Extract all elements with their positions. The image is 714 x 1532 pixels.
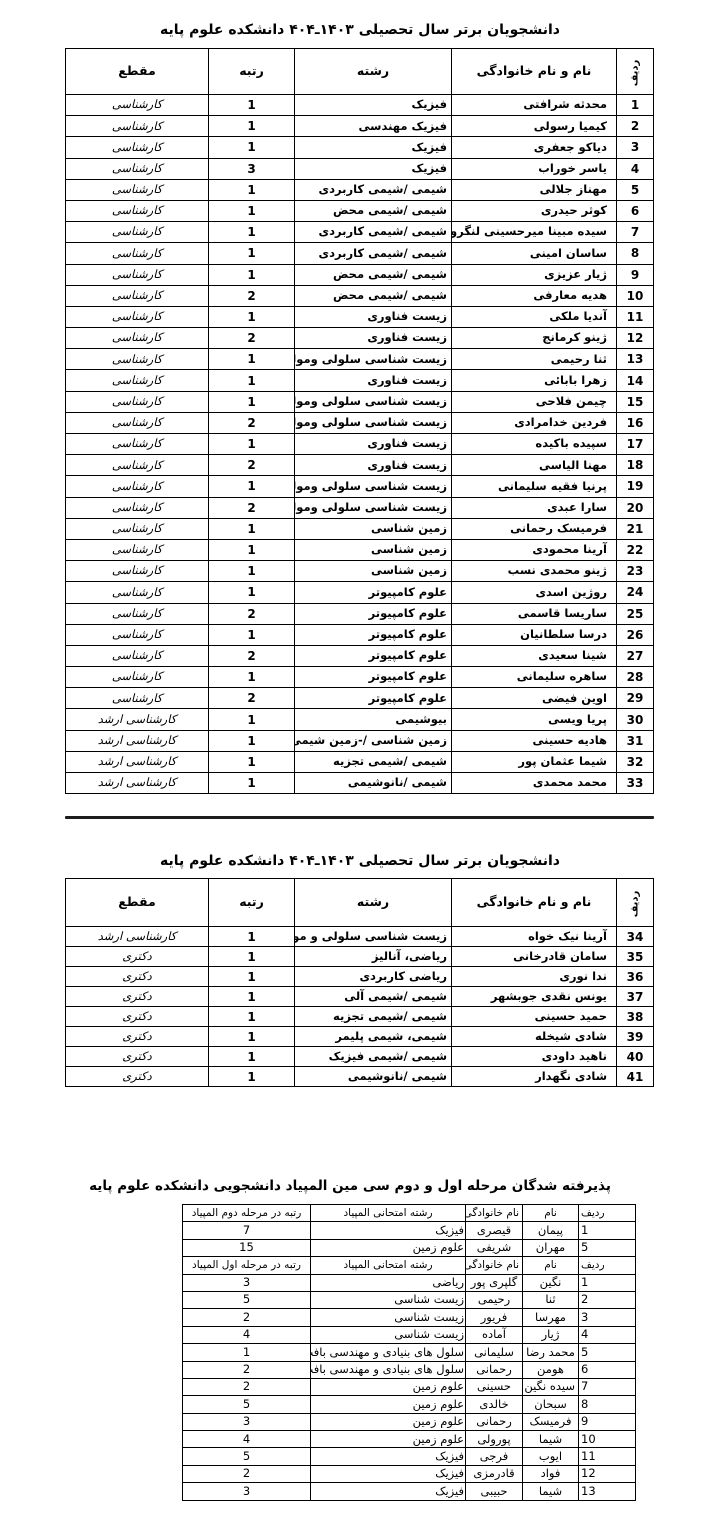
student-name-cell: پریا ویسی <box>452 709 617 730</box>
major-cell: زمین شناسی <box>295 561 452 582</box>
rank-cell: 1 <box>209 349 295 370</box>
degree-cell: کارشناسی <box>66 370 209 391</box>
rank-cell: 1 <box>209 1027 295 1047</box>
table2-header-name: نام و نام خانوادگی <box>452 879 617 927</box>
table-row: 1 نگین گلپری پور ریاضی 3 <box>183 1274 636 1291</box>
first-name-cell: مهران <box>523 1239 579 1256</box>
row-number-cell: 23 <box>617 561 654 582</box>
major-cell: زیست شناسی سلولی ومولکولی <box>295 476 452 497</box>
olympiad-header-row-number: ردیف <box>579 1205 636 1222</box>
row-number-cell: 5 <box>617 179 654 200</box>
row-number-cell: 17 <box>617 434 654 455</box>
olympiad-header-row-number: ردیف <box>579 1257 636 1274</box>
rank-cell: 2 <box>183 1309 311 1326</box>
rank-cell: 3 <box>209 158 295 179</box>
degree-cell: کارشناسی <box>66 137 209 158</box>
major-cell: زمین شناسی /-زمین شیمی <box>295 730 452 751</box>
major-cell: شیمی، شیمی پلیمر <box>295 1027 452 1047</box>
olympiad-title: پذیرفته شدگان مرحله اول و دوم سی مین الم… <box>0 1178 700 1194</box>
degree-cell: کارشناسی <box>66 539 209 560</box>
student-name-cell: شادی شیخله <box>452 1027 617 1047</box>
table-row: 5 مهران شریفی علوم زمین 15 <box>183 1239 636 1256</box>
student-name-cell: سارا عبدی <box>452 497 617 518</box>
first-name-cell: سیده نگین <box>523 1378 579 1395</box>
degree-cell: کارشناسی <box>66 328 209 349</box>
degree-cell: کارشناسی <box>66 582 209 603</box>
table-row: 11 آندیا ملکی زیست فناوری 1 کارشناسی <box>66 306 654 327</box>
row-number-cell: 22 <box>617 539 654 560</box>
major-cell: بیوشیمی <box>295 709 452 730</box>
table-row: 38 حمید حسینی شیمی /شیمی تجزیه 1 دکتری <box>66 1007 654 1027</box>
degree-cell: دکتری <box>66 1007 209 1027</box>
degree-cell: کارشناسی <box>66 518 209 539</box>
row-number-cell: 28 <box>617 667 654 688</box>
rank-cell: 1 <box>209 306 295 327</box>
table-row: 31 هادیه حسینی زمین شناسی /-زمین شیمی 1 … <box>66 730 654 751</box>
row-number-cell: 18 <box>617 455 654 476</box>
table-row: 21 فرمیسک رحمانی زمین شناسی 1 کارشناسی <box>66 518 654 539</box>
row-number-cell: 24 <box>617 582 654 603</box>
major-cell: علوم کامپیوتر <box>295 667 452 688</box>
degree-cell: کارشناسی <box>66 688 209 709</box>
major-cell: شیمی /نانوشیمی <box>295 1067 452 1087</box>
row-number-cell: 40 <box>617 1047 654 1067</box>
student-name-cell: حمید حسینی <box>452 1007 617 1027</box>
rank-cell: 2 <box>209 497 295 518</box>
degree-cell: کارشناسی <box>66 476 209 497</box>
subject-cell: فیزیک <box>311 1465 466 1482</box>
rank-cell: 3 <box>183 1413 311 1430</box>
major-cell: علوم کامپیوتر <box>295 688 452 709</box>
degree-cell: کارشناسی <box>66 243 209 264</box>
table-row: 4 یاسر خوراب فیزیک 3 کارشناسی <box>66 158 654 179</box>
major-cell: علوم کامپیوتر <box>295 624 452 645</box>
table-row: 32 شیما عثمان پور شیمی /شیمی تجزیه 1 کار… <box>66 751 654 772</box>
table-row: 6 هومن رحمانی سلول های بنیادی و مهندسی ب… <box>183 1361 636 1378</box>
subject-cell: علوم زمین <box>311 1431 466 1448</box>
major-cell: ریاضی کاربردی <box>295 967 452 987</box>
major-cell: زیست فناوری <box>295 455 452 476</box>
table2-header-row: ردیف نام و نام خانوادگی رشته رتبه مقطع <box>66 879 654 927</box>
student-name-cell: روژین اسدی <box>452 582 617 603</box>
student-name-cell: درسا سلطانیان <box>452 624 617 645</box>
section-divider <box>65 816 654 819</box>
degree-cell: دکتری <box>66 967 209 987</box>
student-name-cell: ژینو محمدی نسب <box>452 561 617 582</box>
degree-cell: کارشناسی <box>66 222 209 243</box>
last-name-cell: گلپری پور <box>466 1274 523 1291</box>
student-name-cell: ساریسا قاسمی <box>452 603 617 624</box>
table1-header-row-number: ردیف <box>617 49 654 95</box>
table-row: 6 کوثر حیدری شیمی /شیمی محض 1 کارشناسی <box>66 200 654 221</box>
table-row: 36 ندا نوری ریاضی کاربردی 1 دکتری <box>66 967 654 987</box>
subject-cell: سلول های بنیادی و مهندسی بافت <box>311 1361 466 1378</box>
table-row: 13 ثنا رحیمی زیست شناسی سلولی ومولکولی 1… <box>66 349 654 370</box>
major-cell: شیمی /شیمی محض <box>295 200 452 221</box>
student-name-cell: ساهره سلیمانی <box>452 667 617 688</box>
rank-cell: 1 <box>209 1047 295 1067</box>
degree-cell: کارشناسی <box>66 179 209 200</box>
student-name-cell: شینا سعیدی <box>452 645 617 666</box>
rank-cell: 4 <box>183 1326 311 1343</box>
row-number-cell: 35 <box>617 947 654 967</box>
degree-cell: کارشناسی <box>66 391 209 412</box>
table-row: 7 سیده مبینا میرحسینی لنگرودی شیمی /شیمی… <box>66 222 654 243</box>
degree-cell: کارشناسی <box>66 667 209 688</box>
row-number-cell: 34 <box>617 927 654 947</box>
student-name-cell: کیمیا رسولی <box>452 116 617 137</box>
rank-cell: 5 <box>183 1396 311 1413</box>
olympiad-table: ردیف نام نام خانوادگی رشته امتحانی المپی… <box>182 1204 636 1501</box>
rank-cell: 1 <box>209 116 295 137</box>
row-number-cell: 32 <box>617 751 654 772</box>
top-students-table-1: ردیف نام و نام خانوادگی رشته رتبه مقطع 1… <box>65 48 654 794</box>
student-name-cell: سامان قادرخانی <box>452 947 617 967</box>
table1-header-degree: مقطع <box>66 49 209 95</box>
major-cell: شیمی /شیمی کاربردی <box>295 243 452 264</box>
major-cell: فیزیک <box>295 95 452 116</box>
olympiad-stage1-header-row: ردیف نام نام خانوادگی رشته امتحانی المپی… <box>183 1257 636 1274</box>
degree-cell: کارشناسی <box>66 200 209 221</box>
olympiad-header-stage2-rank: رتبه در مرحله دوم المپیاد <box>183 1205 311 1222</box>
major-cell: زیست شناسی سلولی ومولکولی <box>295 391 452 412</box>
degree-cell: کارشناسی <box>66 158 209 179</box>
student-name-cell: آرینا نیک خواه <box>452 927 617 947</box>
row-number-cell: 33 <box>617 773 654 794</box>
student-name-cell: ساسان امینی <box>452 243 617 264</box>
row-number-cell: 19 <box>617 476 654 497</box>
subject-cell: علوم زمین <box>311 1378 466 1395</box>
student-name-cell: کوثر حیدری <box>452 200 617 221</box>
major-cell: شیمی /شیمی محض <box>295 264 452 285</box>
degree-cell: کارشناسی <box>66 497 209 518</box>
row-number-cell: 7 <box>579 1378 636 1395</box>
last-name-cell: سلیمانی <box>466 1344 523 1361</box>
subject-cell: ریاضی <box>311 1274 466 1291</box>
row-number-cell: 1 <box>617 95 654 116</box>
table-row: 12 فواد قادرمزی فیزیک 2 <box>183 1465 636 1482</box>
olympiad-header-stage1-rank: رتبه در مرحله اول المپیاد <box>183 1257 311 1274</box>
student-name-cell: ناهید داودی <box>452 1047 617 1067</box>
table-row: 27 شینا سعیدی علوم کامپیوتر 2 کارشناسی <box>66 645 654 666</box>
last-name-cell: رحمانی <box>466 1413 523 1430</box>
row-number-cell: 39 <box>617 1027 654 1047</box>
major-cell: فیزیک <box>295 137 452 158</box>
table-row: 9 ژیار عزیزی شیمی /شیمی محض 1 کارشناسی <box>66 264 654 285</box>
first-name-cell: شیما <box>523 1431 579 1448</box>
rank-cell: 1 <box>209 264 295 285</box>
table-row: 15 چیمن فلاحی زیست شناسی سلولی ومولکولی … <box>66 391 654 412</box>
row-number-cell: 12 <box>579 1465 636 1482</box>
student-name-cell: شادی نگهدار <box>452 1067 617 1087</box>
rank-cell: 1 <box>209 582 295 603</box>
row-number-cell: 36 <box>617 967 654 987</box>
table-row: 30 پریا ویسی بیوشیمی 1 کارشناسی ارشد <box>66 709 654 730</box>
table-row: 3 دیاکو جعفری فیزیک 1 کارشناسی <box>66 137 654 158</box>
row-number-cell: 10 <box>617 285 654 306</box>
row-number-cell: 12 <box>617 328 654 349</box>
table2-header-major: رشته <box>295 879 452 927</box>
last-name-cell: حسینی <box>466 1378 523 1395</box>
table-row: 12 ژینو کرمانج زیست فناوری 2 کارشناسی <box>66 328 654 349</box>
rank-cell: 1 <box>209 1067 295 1087</box>
student-name-cell: ژیار عزیزی <box>452 264 617 285</box>
degree-cell: دکتری <box>66 947 209 967</box>
row-number-cell: 13 <box>579 1483 636 1500</box>
major-cell: ریاضی، آنالیز <box>295 947 452 967</box>
rank-cell: 2 <box>209 285 295 306</box>
table-row: 22 آرینا محمودی زمین شناسی 1 کارشناسی <box>66 539 654 560</box>
subject-cell: زیست شناسی <box>311 1309 466 1326</box>
degree-cell: دکتری <box>66 1067 209 1087</box>
row-number-cell: 41 <box>617 1067 654 1087</box>
rank-cell: 5 <box>183 1448 311 1465</box>
degree-cell: کارشناسی ارشد <box>66 709 209 730</box>
olympiad-header-last-name: نام خانوادگی <box>466 1205 523 1222</box>
table-row: 41 شادی نگهدار شیمی /نانوشیمی 1 دکتری <box>66 1067 654 1087</box>
degree-cell: دکتری <box>66 1027 209 1047</box>
row-number-cell: 3 <box>617 137 654 158</box>
row-number-cell: 26 <box>617 624 654 645</box>
row-number-cell: 25 <box>617 603 654 624</box>
subject-cell: فیزیک <box>311 1222 466 1239</box>
table2-header-rank: رتبه <box>209 879 295 927</box>
last-name-cell: قیصری <box>466 1222 523 1239</box>
rank-cell: 2 <box>209 328 295 349</box>
row-number-cell: 9 <box>579 1413 636 1430</box>
degree-cell: دکتری <box>66 1047 209 1067</box>
major-cell: زیست فناوری <box>295 328 452 349</box>
table-row: 39 شادی شیخله شیمی، شیمی پلیمر 1 دکتری <box>66 1027 654 1047</box>
rank-cell: 3 <box>183 1274 311 1291</box>
student-name-cell: ثنا رحیمی <box>452 349 617 370</box>
first-name-cell: ثنا <box>523 1291 579 1308</box>
table1-header-major: رشته <box>295 49 452 95</box>
table-row: 7 سیده نگین حسینی علوم زمین 2 <box>183 1378 636 1395</box>
rank-cell: 1 <box>209 391 295 412</box>
row-number-cell: 16 <box>617 412 654 433</box>
row-number-cell: 4 <box>617 158 654 179</box>
subject-cell: علوم زمین <box>311 1396 466 1413</box>
rank-cell: 7 <box>183 1222 311 1239</box>
table-row: 4 ژیار آماده زیست شناسی 4 <box>183 1326 636 1343</box>
student-name-cell: فرمیسک رحمانی <box>452 518 617 539</box>
table-row: 34 آرینا نیک خواه زیست شناسی سلولی و مول… <box>66 927 654 947</box>
major-cell: علوم کامپیوتر <box>295 603 452 624</box>
student-name-cell: سیده مبینا میرحسینی لنگرودی <box>452 222 617 243</box>
rank-cell: 2 <box>209 603 295 624</box>
table-row: 20 سارا عبدی زیست شناسی سلولی ومولکولی 2… <box>66 497 654 518</box>
table-row: 9 فرمیسک رحمانی علوم زمین 3 <box>183 1413 636 1430</box>
table-row: 33 محمد محمدی شیمی /نانوشیمی 1 کارشناسی … <box>66 773 654 794</box>
olympiad-header-subject: رشته امتحانی المپیاد <box>311 1205 466 1222</box>
rank-cell: 2 <box>209 412 295 433</box>
rank-cell: 1 <box>209 95 295 116</box>
student-name-cell: هدیه معارفی <box>452 285 617 306</box>
degree-cell: دکتری <box>66 987 209 1007</box>
major-cell: زیست شناسی سلولی ومولکولی <box>295 412 452 433</box>
row-number-cell: 21 <box>617 518 654 539</box>
row-number-cell: 4 <box>579 1326 636 1343</box>
student-name-cell: آندیا ملکی <box>452 306 617 327</box>
student-name-cell: دیاکو جعفری <box>452 137 617 158</box>
student-name-cell: ژینو کرمانج <box>452 328 617 349</box>
degree-cell: کارشناسی ارشد <box>66 730 209 751</box>
student-name-cell: زهرا بابائی <box>452 370 617 391</box>
row-number-cell: 30 <box>617 709 654 730</box>
table2-header-degree: مقطع <box>66 879 209 927</box>
major-cell: زیست شناسی سلولی ومولکولی <box>295 349 452 370</box>
student-name-cell: آرینا محمودی <box>452 539 617 560</box>
rank-cell: 1 <box>209 967 295 987</box>
table-row: 10 شیما پورولی علوم زمین 4 <box>183 1431 636 1448</box>
major-cell: شیمی /شیمی آلی <box>295 987 452 1007</box>
table-row: 8 سبحان خالدی علوم زمین 5 <box>183 1396 636 1413</box>
row-number-cell: 11 <box>617 306 654 327</box>
subject-cell: فیزیک <box>311 1448 466 1465</box>
degree-cell: کارشناسی <box>66 95 209 116</box>
student-name-cell: پرنیا فقیه سلیمانی <box>452 476 617 497</box>
table-row: 28 ساهره سلیمانی علوم کامپیوتر 1 کارشناس… <box>66 667 654 688</box>
major-cell: زیست فناوری <box>295 370 452 391</box>
first-name-cell: مهرسا <box>523 1309 579 1326</box>
olympiad-header-last-name: نام خانوادگی <box>466 1257 523 1274</box>
last-name-cell: خالدی <box>466 1396 523 1413</box>
rank-cell: 1 <box>209 370 295 391</box>
degree-cell: کارشناسی <box>66 561 209 582</box>
rank-cell: 1 <box>209 624 295 645</box>
olympiad-header-first-name: نام <box>523 1257 579 1274</box>
table-row: 5 محمد رضا سلیمانی سلول های بنیادی و مهن… <box>183 1344 636 1361</box>
student-name-cell: محمد محمدی <box>452 773 617 794</box>
student-name-cell: شیما عثمان پور <box>452 751 617 772</box>
rank-cell: 1 <box>209 476 295 497</box>
degree-cell: کارشناسی <box>66 306 209 327</box>
table1-header-rank: رتبه <box>209 49 295 95</box>
last-name-cell: قادرمزی <box>466 1465 523 1482</box>
degree-cell: کارشناسی <box>66 434 209 455</box>
major-cell: شیمی /شیمی فیزیک <box>295 1047 452 1067</box>
first-name-cell: محمد رضا <box>523 1344 579 1361</box>
first-name-cell: ایوب <box>523 1448 579 1465</box>
row-number-cell: 9 <box>617 264 654 285</box>
table-row: 3 مهرسا فریور زیست شناسی 2 <box>183 1309 636 1326</box>
degree-cell: کارشناسی <box>66 603 209 624</box>
row-number-cell: 6 <box>579 1361 636 1378</box>
last-name-cell: پورولی <box>466 1431 523 1448</box>
first-name-cell: پیمان <box>523 1222 579 1239</box>
table-row: 16 فردین خدامرادی زیست شناسی سلولی ومولک… <box>66 412 654 433</box>
rank-cell: 1 <box>209 434 295 455</box>
student-name-cell: سپیده باکیده <box>452 434 617 455</box>
student-name-cell: محدثه شرافتی <box>452 95 617 116</box>
row-number-cell: 1 <box>579 1274 636 1291</box>
student-name-cell: یاسر خوراب <box>452 158 617 179</box>
top-students-table-2: ردیف نام و نام خانوادگی رشته رتبه مقطع 3… <box>65 878 654 1087</box>
degree-cell: کارشناسی ارشد <box>66 927 209 947</box>
degree-cell: کارشناسی <box>66 624 209 645</box>
row-number-cell: 14 <box>617 370 654 391</box>
table-row: 37 یونس نقدی جوبشهر شیمی /شیمی آلی 1 دکت… <box>66 987 654 1007</box>
last-name-cell: شریفی <box>466 1239 523 1256</box>
table-row: 2 کیمیا رسولی فیزیک مهندسی 1 کارشناسی <box>66 116 654 137</box>
subject-cell: فیزیک <box>311 1483 466 1500</box>
table-row: 11 ایوب فرجی فیزیک 5 <box>183 1448 636 1465</box>
major-cell: زیست شناسی سلولی ومولکولی <box>295 497 452 518</box>
rank-cell: 1 <box>209 137 295 158</box>
table-row: 5 مهناز جلالی شیمی /شیمی کاربردی 1 کارشن… <box>66 179 654 200</box>
degree-cell: کارشناسی <box>66 455 209 476</box>
last-name-cell: آماده <box>466 1326 523 1343</box>
row-number-cell: 11 <box>579 1448 636 1465</box>
table-row: 1 محدثه شرافتی فیزیک 1 کارشناسی <box>66 95 654 116</box>
row-number-cell: 15 <box>617 391 654 412</box>
table-row: 25 ساریسا قاسمی علوم کامپیوتر 2 کارشناسی <box>66 603 654 624</box>
row-number-cell: 20 <box>617 497 654 518</box>
rank-cell: 4 <box>183 1431 311 1448</box>
major-cell: زیست شناسی سلولی و مولکولی <box>295 927 452 947</box>
table-row: 18 مهنا الیاسی زیست فناوری 2 کارشناسی <box>66 455 654 476</box>
student-name-cell: چیمن فلاحی <box>452 391 617 412</box>
rank-cell: 1 <box>209 927 295 947</box>
rank-cell: 2 <box>209 688 295 709</box>
major-cell: علوم کامپیوتر <box>295 645 452 666</box>
rank-cell: 15 <box>183 1239 311 1256</box>
degree-cell: کارشناسی ارشد <box>66 751 209 772</box>
row-number-cell: 10 <box>579 1431 636 1448</box>
major-cell: زیست فناوری <box>295 434 452 455</box>
table-row: 19 پرنیا فقیه سلیمانی زیست شناسی سلولی و… <box>66 476 654 497</box>
rank-cell: 5 <box>183 1291 311 1308</box>
table2-header-row-number: ردیف <box>617 879 654 927</box>
major-cell: فیزیک <box>295 158 452 179</box>
row-number-cell: 29 <box>617 688 654 709</box>
row-number-cell: 8 <box>579 1396 636 1413</box>
row-number-cell: 37 <box>617 987 654 1007</box>
rank-cell: 1 <box>209 561 295 582</box>
rank-cell: 1 <box>209 518 295 539</box>
subject-cell: علوم زمین <box>311 1413 466 1430</box>
table-row: 17 سپیده باکیده زیست فناوری 1 کارشناسی <box>66 434 654 455</box>
row-number-cell: 27 <box>617 645 654 666</box>
subject-cell: سلول های بنیادی و مهندسی بافت <box>311 1344 466 1361</box>
major-cell: شیمی /شیمی تجزیه <box>295 751 452 772</box>
student-name-cell: مهنا الیاسی <box>452 455 617 476</box>
student-name-cell: مهناز جلالی <box>452 179 617 200</box>
student-name-cell: ندا نوری <box>452 967 617 987</box>
row-number-cell: 7 <box>617 222 654 243</box>
rank-cell: 1 <box>209 1007 295 1027</box>
student-name-cell: فردین خدامرادی <box>452 412 617 433</box>
subject-cell: زیست شناسی <box>311 1291 466 1308</box>
major-cell: شیمی /شیمی کاربردی <box>295 179 452 200</box>
first-name-cell: هومن <box>523 1361 579 1378</box>
last-name-cell: حبیبی <box>466 1483 523 1500</box>
row-number-cell: 5 <box>579 1239 636 1256</box>
degree-cell: کارشناسی <box>66 285 209 306</box>
rank-cell: 2 <box>183 1361 311 1378</box>
table1-header-row: ردیف نام و نام خانوادگی رشته رتبه مقطع <box>66 49 654 95</box>
section1-title: دانشجویان برتر سال تحصیلی ۱۴۰۳ـ۴۰۴ دانشک… <box>66 22 654 38</box>
major-cell: شیمی /شیمی محض <box>295 285 452 306</box>
last-name-cell: فرجی <box>466 1448 523 1465</box>
table-row: 23 ژینو محمدی نسب زمین شناسی 1 کارشناسی <box>66 561 654 582</box>
table-row: 29 اوین فیضی علوم کامپیوتر 2 کارشناسی <box>66 688 654 709</box>
table-row: 40 ناهید داودی شیمی /شیمی فیزیک 1 دکتری <box>66 1047 654 1067</box>
olympiad-header-subject: رشته امتحانی المپیاد <box>311 1257 466 1274</box>
rank-cell: 1 <box>209 730 295 751</box>
row-number-cell: 38 <box>617 1007 654 1027</box>
